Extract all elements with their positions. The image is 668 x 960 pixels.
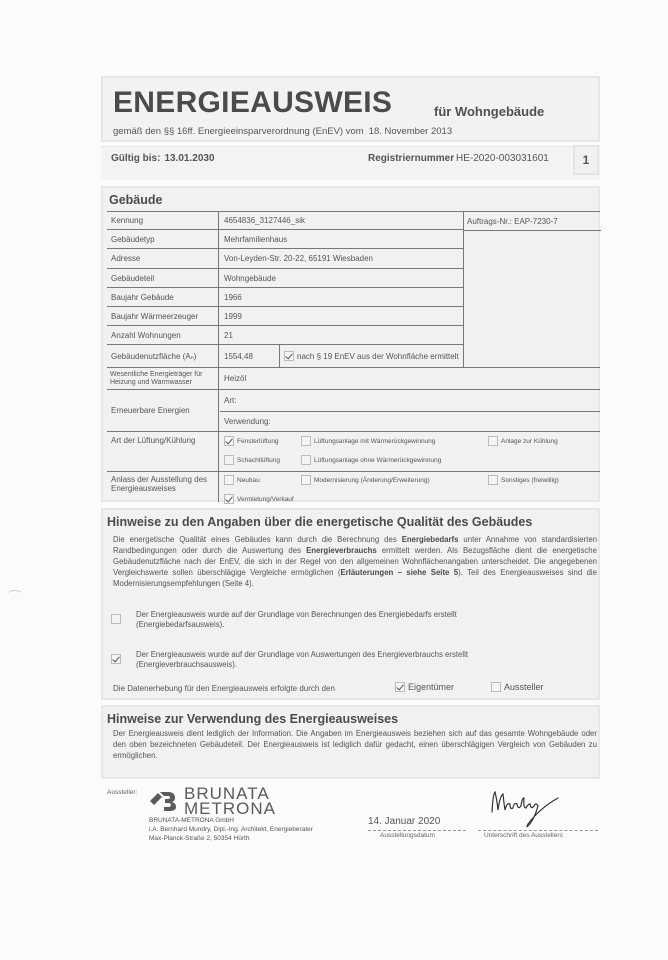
checkbox[interactable]: [395, 682, 405, 692]
row-value: 1999: [220, 307, 463, 325]
usage-notes-title: Hinweise zur Verwendung des Energieauswe…: [107, 712, 398, 726]
issuer-address: Max-Planck-Straße 2, 50354 Hürth: [149, 834, 313, 843]
issuer-company: BRUNATA-METRONA GmbH: [149, 816, 313, 825]
table-row: Kennung 4654836_3127446_sik: [107, 211, 463, 230]
row-label: Adresse: [107, 249, 219, 268]
area-method-checkbox[interactable]: [284, 351, 294, 361]
row-value: 4654836_3127446_sik: [220, 212, 463, 229]
row-value: Von-Leyden-Str. 20-22, 65191 Wiesbaden: [220, 249, 463, 268]
data-collection-issuer[interactable]: Aussteller: [491, 682, 544, 692]
emphasis-explanations: Erläuterungen – siehe Seite 5: [340, 568, 458, 577]
row-value: Wohngebäude: [220, 269, 463, 287]
option-consumption-certificate[interactable]: Der Energieausweis wurde auf der Grundla…: [111, 650, 491, 670]
text: Die energetische Qualität eines Gebäudes…: [113, 535, 397, 544]
row-label: Gebäudetyp: [107, 230, 219, 248]
option-label: Lüftungsanlage mit Wärmerückgewinnung: [314, 438, 435, 445]
option-label: Vermietung/Verkauf: [237, 496, 294, 503]
checkbox[interactable]: [224, 436, 234, 446]
checkbox[interactable]: [488, 475, 498, 485]
usage-notes-section: Hinweise zur Verwendung des Energieauswe…: [101, 705, 600, 779]
building-section-title: Gebäude: [109, 193, 163, 207]
page-number: 1: [573, 145, 599, 175]
option-label: Sonstiges (freiwillig): [501, 477, 559, 484]
renewables-usage: Verwendung:: [220, 411, 600, 431]
emphasis-consumption: Energieverbrauchs: [306, 546, 377, 555]
occasion-option-rent-sale[interactable]: Vermietung/Verkauf: [224, 494, 294, 504]
ventilation-option-heat-recovery[interactable]: Lüftungsanlage mit Wärmerückgewinnung: [301, 436, 435, 446]
document-title: ENERGIEAUSWEIS: [113, 86, 392, 120]
energy-certificate-page: ENERGIEAUSWEIS für Wohngebäude gemäß den…: [0, 0, 668, 960]
option-label: Modernisierung (Änderung/Erweiterung): [314, 477, 430, 484]
option-label: Fensterlüftung: [237, 438, 279, 445]
checkbox[interactable]: [224, 494, 234, 504]
area-value: 1554,48: [220, 345, 279, 367]
validity-bar: Gültig bis:13.01.2030 Registriernummer H…: [101, 146, 600, 180]
checkbox[interactable]: [488, 436, 498, 446]
brunata-logo-icon: [148, 789, 178, 811]
renewables-label: Erneuerbare Energien: [107, 390, 219, 431]
occasion-label: Anlass der Ausstellung des Energieauswei…: [107, 472, 219, 502]
option-label: Aussteller: [504, 682, 544, 692]
table-row-renewables: Erneuerbare Energien Art: Verwendung:: [107, 390, 600, 432]
order-number: Auftrags-Nr.: EAP-7230-7: [464, 212, 601, 231]
legal-basis: gemäß den §§ 16ff. Energieeinsparverordn…: [113, 126, 452, 137]
ventilation-option-no-heat-recovery[interactable]: Lüftungsanlage ohne Wärmerückgewinnung: [301, 455, 441, 465]
option-label: Anlage zur Kühlung: [501, 438, 558, 445]
checkbox[interactable]: [224, 455, 234, 465]
option-label: Lüftungsanlage ohne Wärmerückgewinnung: [314, 457, 441, 464]
row-value: 21: [220, 326, 463, 344]
quality-notes-paragraph: Die energetische Qualität eines Gebäudes…: [113, 534, 597, 589]
issue-date-label: Ausstellungsdatum: [380, 832, 435, 839]
quality-notes-title: Hinweise zu den Angaben über die energet…: [107, 515, 532, 529]
row-label: Gebäudeteil: [107, 269, 219, 287]
building-section: Gebäude Kennung 4654836_3127446_sik Gebä…: [101, 186, 600, 502]
table-row: Anzahl Wohnungen 21: [107, 326, 463, 345]
registration-number: HE-2020-003031601: [456, 153, 549, 164]
table-row-occasion: Anlass der Ausstellung des Energieauswei…: [107, 472, 600, 502]
issue-date-line: [368, 830, 466, 831]
ventilation-label: Art der Lüftung/Kühlung: [107, 432, 219, 471]
row-label: Kennung: [107, 212, 219, 229]
certificate-header: ENERGIEAUSWEIS für Wohngebäude gemäß den…: [101, 76, 600, 142]
occasion-option-other[interactable]: Sonstiges (freiwillig): [488, 475, 559, 485]
valid-until-date: 13.01.2030: [164, 153, 214, 164]
table-row-area: Gebäudenutzfläche (Aₙ) 1554,48 nach § 19…: [107, 345, 463, 368]
ventilation-option-window[interactable]: Fensterlüftung: [224, 436, 279, 446]
valid-until-label: Gültig bis:: [111, 153, 160, 164]
option-label: Der Energieausweis wurde auf der Grundla…: [136, 650, 491, 670]
energy-carrier-label: Wesentliche Energieträger für Heizung un…: [107, 368, 219, 389]
option-label: Eigentümer: [408, 682, 454, 692]
checkbox[interactable]: [224, 475, 234, 485]
registration-label: Registriernummer: [368, 153, 454, 164]
area-label: Gebäudenutzfläche (Aₙ): [107, 345, 219, 367]
signature-line: [478, 830, 598, 831]
option-label: Der Energieausweis wurde auf der Grundla…: [136, 610, 491, 630]
quality-notes-section: Hinweise zu den Angaben über die energet…: [101, 508, 600, 700]
issue-date: 14. Januar 2020: [368, 816, 440, 827]
energy-carrier-value: Heizöl: [220, 368, 600, 389]
table-row: Baujahr Gebäude 1966: [107, 288, 463, 307]
document-subtitle: für Wohngebäude: [434, 104, 544, 119]
occasion-option-new-build[interactable]: Neubau: [224, 475, 260, 485]
renewables-type: Art:: [220, 390, 600, 411]
table-row: Adresse Von-Leyden-Str. 20-22, 65191 Wie…: [107, 249, 463, 269]
row-value: 1966: [220, 288, 463, 306]
option-label: Schachtlüftung: [237, 457, 280, 464]
row-value: Mehrfamilienhaus: [220, 230, 463, 248]
row-label: Baujahr Wärmeerzeuger: [107, 307, 219, 325]
brunata-logo-text: BRUNATA METRONA: [184, 786, 276, 816]
issuer-details: BRUNATA-METRONA GmbH i.A. Bernhard Mundr…: [149, 816, 313, 843]
legal-basis-date: 18. November 2013: [369, 126, 452, 137]
table-row: Gebäudeteil Wohngebäude: [107, 269, 463, 288]
option-demand-certificate[interactable]: Der Energieausweis wurde auf der Grundla…: [111, 610, 491, 630]
checkbox[interactable]: [111, 614, 121, 624]
legal-basis-text: gemäß den §§ 16ff. Energieeinsparverordn…: [113, 126, 364, 137]
checkbox[interactable]: [491, 682, 501, 692]
order-column: Auftrags-Nr.: EAP-7230-7: [463, 211, 600, 368]
area-method: nach § 19 EnEV aus der Wohnfläche ermitt…: [279, 345, 459, 367]
checkbox[interactable]: [301, 436, 311, 446]
signature-label: Unterschrift des Ausstellers: [484, 832, 563, 839]
logo-line-2: METRONA: [184, 801, 276, 816]
signature-icon: [488, 786, 568, 830]
row-label: Anzahl Wohnungen: [107, 326, 219, 344]
checkbox[interactable]: [111, 654, 121, 664]
ventilation-option-shaft[interactable]: Schachtlüftung: [224, 455, 280, 465]
data-collection-owner[interactable]: Eigentümer: [395, 682, 454, 692]
row-label: Baujahr Gebäude: [107, 288, 219, 306]
table-row-energy-carrier: Wesentliche Energieträger für Heizung un…: [107, 368, 600, 390]
occasion-option-modernization[interactable]: Modernisierung (Änderung/Erweiterung): [301, 475, 430, 485]
ventilation-option-cooling[interactable]: Anlage zur Kühlung: [488, 436, 558, 446]
table-row: Gebäudetyp Mehrfamilienhaus: [107, 230, 463, 249]
area-method-label: nach § 19 EnEV aus der Wohnfläche ermitt…: [297, 352, 459, 361]
checkbox[interactable]: [301, 455, 311, 465]
issuer-label: Aussteller:: [107, 789, 137, 796]
checkbox[interactable]: [301, 475, 311, 485]
valid-until: Gültig bis:13.01.2030: [111, 153, 215, 164]
table-row-ventilation: Art der Lüftung/Kühlung Fensterlüftung L…: [107, 432, 600, 472]
option-label: Neubau: [237, 477, 260, 484]
issuer-person: i.A. Bernhard Mundry, Dipl.-Ing. Archite…: [149, 825, 313, 834]
table-row: Baujahr Wärmeerzeuger 1999: [107, 307, 463, 326]
scan-mark: [8, 590, 22, 598]
usage-notes-text: Der Energieausweis dient lediglich der I…: [113, 728, 597, 761]
emphasis-demand: Energiebedarfs: [402, 535, 459, 544]
